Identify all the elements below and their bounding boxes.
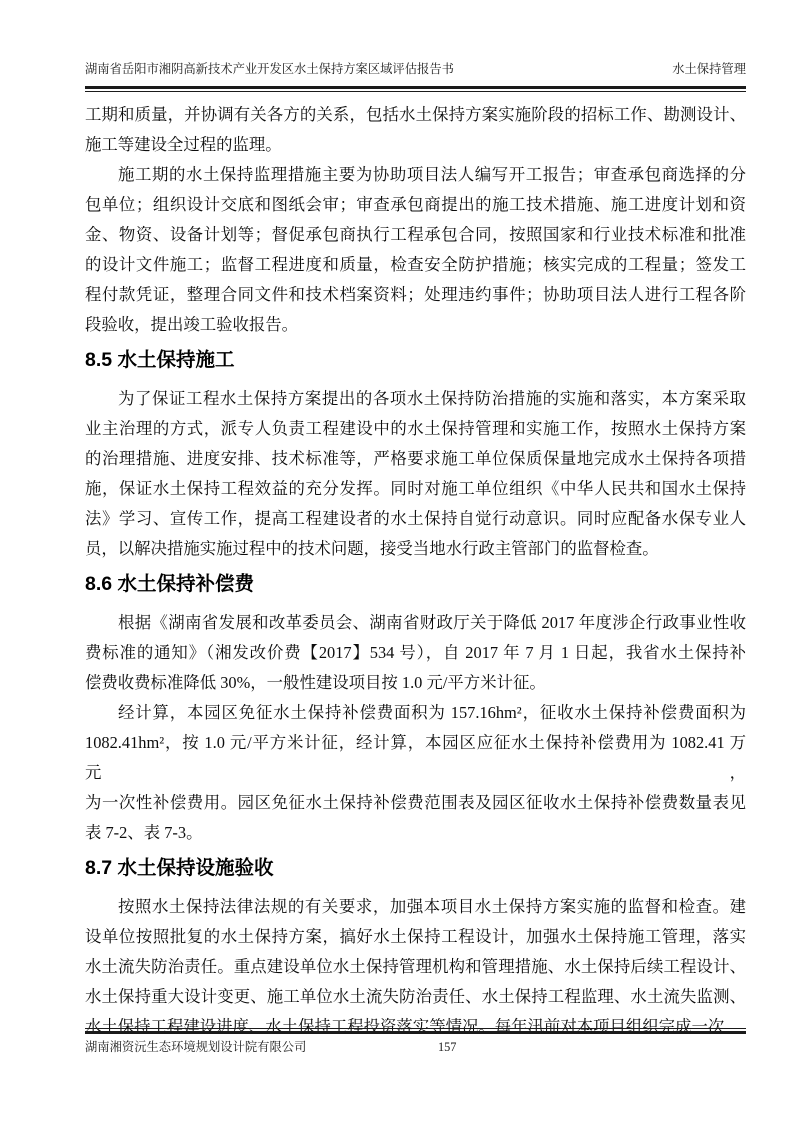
- text-line: 为了保证工程水土保持方案提出的各项水土保持防治措施的实施和落实，本方案采取: [85, 384, 746, 414]
- text-line: 法》学习、宣传工作，提高工程建设者的水土保持自觉行动意识。同时应配备水保专业人: [85, 504, 746, 534]
- section-heading-8-7: 8.7 水土保持设施验收: [85, 854, 746, 882]
- paragraph-8-6-calculation: 经计算，本园区免征水土保持补偿费面积为 157.16hm²，征收水土保持补偿费面…: [85, 698, 746, 848]
- text-line: 经计算，本园区免征水土保持补偿费面积为 157.16hm²，征收水土保持补偿费面…: [85, 698, 746, 728]
- footer-rule-thick: [85, 1031, 746, 1034]
- text-line: 施工期的水土保持监理措施主要为协助项目法人编写开工报告；审查承包商选择的分: [85, 160, 746, 190]
- text-line: 程付款凭证，整理合同文件和技术档案资料；处理违约事件；协助项目法人进行工程各阶: [85, 280, 746, 310]
- text-line: 费标准的通知》（湘发改价费【2017】534 号），自 2017 年 7 月 1…: [85, 638, 746, 668]
- text-line: 1082.41hm²，按 1.0 元/平方米计征，经计算，本园区应征水土保持补偿…: [85, 728, 746, 788]
- text-line: 偿费收费标准降低 30%，一般性建设项目按 1.0 元/平方米计征。: [85, 668, 746, 698]
- paragraph-8-6-policy: 根据《湖南省发展和改革委员会、湖南省财政厅关于降低 2017 年度涉企行政事业性…: [85, 608, 746, 698]
- footer-row: 湖南湘资沅生态环境规划设计院有限公司 157: [85, 1040, 746, 1055]
- document-page: 湖南省岳阳市湘阴高新技术产业开发区水土保持方案区域评估报告书 水土保持管理 工期…: [0, 0, 793, 1122]
- header-doc-title: 湖南省岳阳市湘阴高新技术产业开发区水土保持方案区域评估报告书: [85, 62, 454, 77]
- text-line: 包单位；组织设计交底和图纸会审；审查承包商提出的施工技术措施、施工进度计划和资: [85, 190, 746, 220]
- paragraph-8-5: 为了保证工程水土保持方案提出的各项水土保持防治措施的实施和落实，本方案采取业主治…: [85, 384, 746, 564]
- page-footer: 湖南湘资沅生态环境规划设计院有限公司 157: [85, 1028, 746, 1055]
- text-line: 的治理措施、进度安排、技术标准等，严格要求施工单位保质保量地完成水土保持各项措: [85, 444, 746, 474]
- text-line: 水土流失防治责任。重点建设单位水土保持管理机构和管理措施、水土保持后续工程设计、: [85, 952, 746, 982]
- text-line: 的设计文件施工；监督工程进度和质量，检查安全防护措施；核实完成的工程量；签发工: [85, 250, 746, 280]
- paragraph-continuation: 工期和质量，并协调有关各方的关系，包括水土保持方案实施阶段的招标工作、勘测设计、…: [85, 100, 746, 160]
- footer-company: 湖南湘资沅生态环境规划设计院有限公司: [85, 1040, 306, 1054]
- text-line: 表 7-2、表 7-3。: [85, 818, 746, 848]
- text-line: 设单位按照批复的水土保持方案，搞好水土保持工程设计，加强水土保持施工管理，落实: [85, 922, 746, 952]
- text-line: 施，保证水土保持工程效益的充分发挥。同时对施工单位组织《中华人民共和国水土保持: [85, 474, 746, 504]
- header-rule-thin: [85, 91, 746, 92]
- text-line: 为一次性补偿费用。园区免征水土保持补偿费范围表及园区征收水土保持补偿费数量表见: [85, 788, 746, 818]
- header-section-label: 水土保持管理: [672, 62, 746, 77]
- page-number: 157: [438, 1040, 456, 1055]
- footer-rule: [85, 1028, 746, 1034]
- text-line: 施工等建设全过程的监理。: [85, 130, 746, 160]
- section-heading-8-5: 8.5 水土保持施工: [85, 346, 746, 374]
- text-line: 根据《湖南省发展和改革委员会、湖南省财政厅关于降低 2017 年度涉企行政事业性…: [85, 608, 746, 638]
- page-header: 湖南省岳阳市湘阴高新技术产业开发区水土保持方案区域评估报告书 水土保持管理: [85, 62, 746, 77]
- paragraph-8-7: 按照水土保持法律法规的有关要求，加强本项目水土保持方案实施的监督和检查。建设单位…: [85, 892, 746, 1042]
- text-line: 工期和质量，并协调有关各方的关系，包括水土保持方案实施阶段的招标工作、勘测设计、: [85, 100, 746, 130]
- document-body: 工期和质量，并协调有关各方的关系，包括水土保持方案实施阶段的招标工作、勘测设计、…: [85, 100, 746, 1042]
- text-line: 段验收，提出竣工验收报告。: [85, 310, 746, 340]
- text-line: 业主治理的方式，派专人负责工程建设中的水土保持管理和实施工作，按照水土保持方案: [85, 414, 746, 444]
- text-line: 按照水土保持法律法规的有关要求，加强本项目水土保持方案实施的监督和检查。建: [85, 892, 746, 922]
- text-line: 水土保持重大设计变更、施工单位水土流失防治责任、水土保持工程监理、水土流失监测、: [85, 982, 746, 1012]
- paragraph-supervision-measures: 施工期的水土保持监理措施主要为协助项目法人编写开工报告；审查承包商选择的分包单位…: [85, 160, 746, 340]
- page-content: 湖南省岳阳市湘阴高新技术产业开发区水土保持方案区域评估报告书 水土保持管理 工期…: [85, 0, 746, 1042]
- header-rule: [85, 86, 746, 92]
- text-line: 金、物资、设备计划等；督促承包商执行工程承包合同，按照国家和行业技术标准和批准: [85, 220, 746, 250]
- section-heading-8-6: 8.6 水土保持补偿费: [85, 570, 746, 598]
- text-line: 员，以解决措施实施过程中的技术问题，接受当地水行政主管部门的监督检查。: [85, 534, 746, 564]
